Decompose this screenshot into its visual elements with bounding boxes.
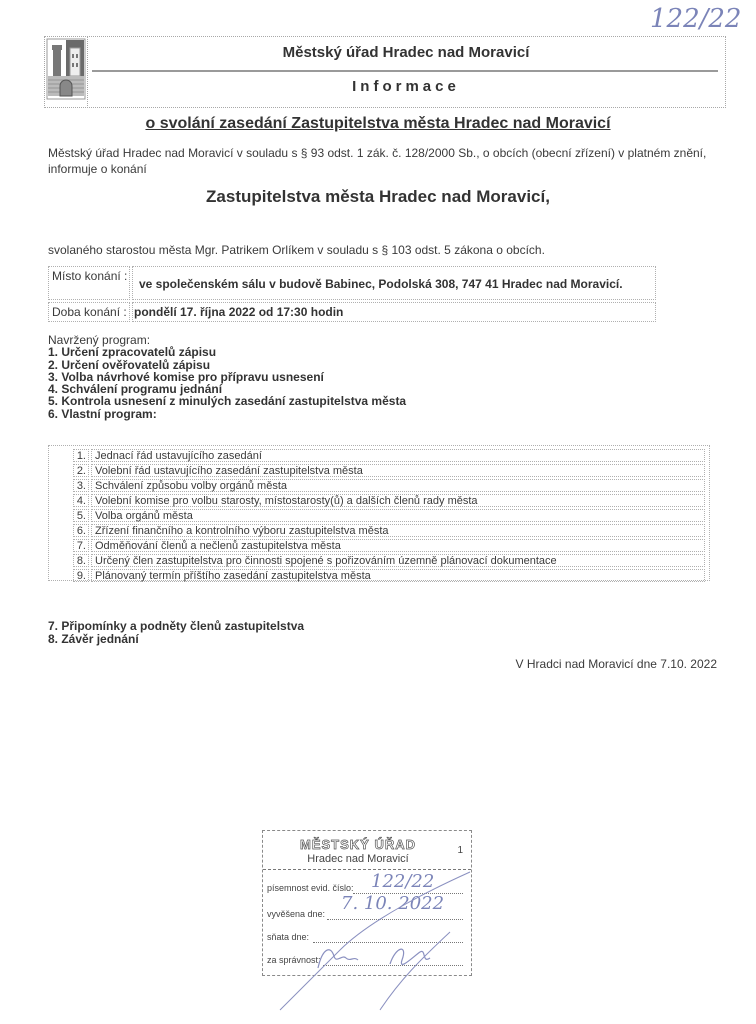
header-rule — [92, 70, 718, 72]
sub-agenda-row: 5.Volba orgánů města — [49, 509, 709, 523]
sub-agenda-text: Volba orgánů města — [91, 509, 705, 522]
date-place: V Hradci nad Moravicí dne 7.10. 2022 — [0, 657, 717, 671]
sub-agenda-row: 3.Schválení způsobu volby orgánů města — [49, 479, 709, 493]
intro-paragraph: Městský úřad Hradec nad Moravicí v soula… — [48, 145, 728, 177]
convened-by-paragraph: svolaného starostou města Mgr. Patrikem … — [48, 243, 728, 257]
sub-agenda-number: 8. — [73, 554, 89, 567]
sub-agenda-text: Plánovaný termín příštího zasedání zastu… — [91, 569, 705, 582]
document-type: Informace — [88, 78, 724, 95]
stamp-title: MĚSTSKÝ ÚŘAD — [263, 837, 453, 852]
place-value: ve společenském sálu v budově Babinec, P… — [132, 266, 656, 300]
sub-agenda-number: 7. — [73, 539, 89, 552]
agenda-item: 8. Závěr jednání — [48, 633, 304, 646]
sub-agenda-number: 9. — [73, 569, 89, 582]
sub-agenda-number: 2. — [73, 464, 89, 477]
sub-agenda-text: Jednací řád ustavujícího zasedání — [91, 449, 705, 462]
time-value: pondělí 17. října 2022 od 17:30 hodin — [132, 302, 656, 322]
agenda-item: 1. Určení zpracovatelů zápisu — [48, 346, 406, 358]
signature-icon — [250, 860, 510, 1020]
sub-agenda-row: 2.Volební řád ustavujícího zasedání zast… — [49, 464, 709, 478]
place-time-table: Místo konání : ve společenském sálu v bu… — [48, 266, 656, 324]
agenda-item: 7. Připomínky a podněty členů zastupitel… — [48, 620, 304, 633]
sub-agenda-text: Zřízení finančního a kontrolního výboru … — [91, 524, 705, 537]
office-name: Městský úřad Hradec nad Moravicí — [88, 44, 724, 61]
meeting-title: Zastupitelstva města Hradec nad Moravicí… — [0, 187, 756, 207]
sub-agenda-text: Volební řád ustavujícího zasedání zastup… — [91, 464, 705, 477]
sub-agenda-row: 4.Volební komise pro volbu starosty, mís… — [49, 494, 709, 508]
sub-agenda-row: 7.Odměňování členů a nečlenů zastupitels… — [49, 539, 709, 553]
agenda-item: 5. Kontrola usnesení z minulých zasedání… — [48, 395, 406, 407]
agenda: Navržený program: 1. Určení zpracovatelů… — [48, 334, 406, 420]
sub-agenda-row: 9.Plánovaný termín příštího zasedání zas… — [49, 569, 709, 583]
sub-agenda-number: 6. — [73, 524, 89, 537]
agenda-item: 6. Vlastní program: — [48, 408, 406, 420]
sub-agenda-number: 1. — [73, 449, 89, 462]
agenda-closing: 7. Připomínky a podněty členů zastupitel… — [48, 620, 304, 645]
sub-agenda-row: 8.Určený člen zastupitelstva pro činnost… — [49, 554, 709, 568]
stamp-number: 1 — [457, 845, 463, 856]
coat-of-arms-icon — [46, 38, 86, 100]
document-subject: o svolání zasedání Zastupitelstva města … — [0, 115, 756, 133]
sub-agenda-number: 5. — [73, 509, 89, 522]
handwritten-reference: 122/22 — [650, 4, 741, 34]
sub-agenda-text: Schválení způsobu volby orgánů města — [91, 479, 705, 492]
sub-agenda-row: 6.Zřízení finančního a kontrolního výbor… — [49, 524, 709, 538]
sub-agenda-number: 4. — [73, 494, 89, 507]
sub-agenda-text: Volební komise pro volbu starosty, místo… — [91, 494, 705, 507]
sub-agenda-text: Odměňování členů a nečlenů zastupitelstv… — [91, 539, 705, 552]
place-label: Místo konání : — [48, 266, 130, 300]
sub-agenda-number: 3. — [73, 479, 89, 492]
time-label: Doba konání : — [48, 302, 130, 322]
sub-agenda-table: 1.Jednací řád ustavujícího zasedání 2.Vo… — [48, 445, 710, 581]
sub-agenda-text: Určený člen zastupitelstva pro činnosti … — [91, 554, 705, 567]
sub-agenda-row: 1.Jednací řád ustavujícího zasedání — [49, 449, 709, 463]
